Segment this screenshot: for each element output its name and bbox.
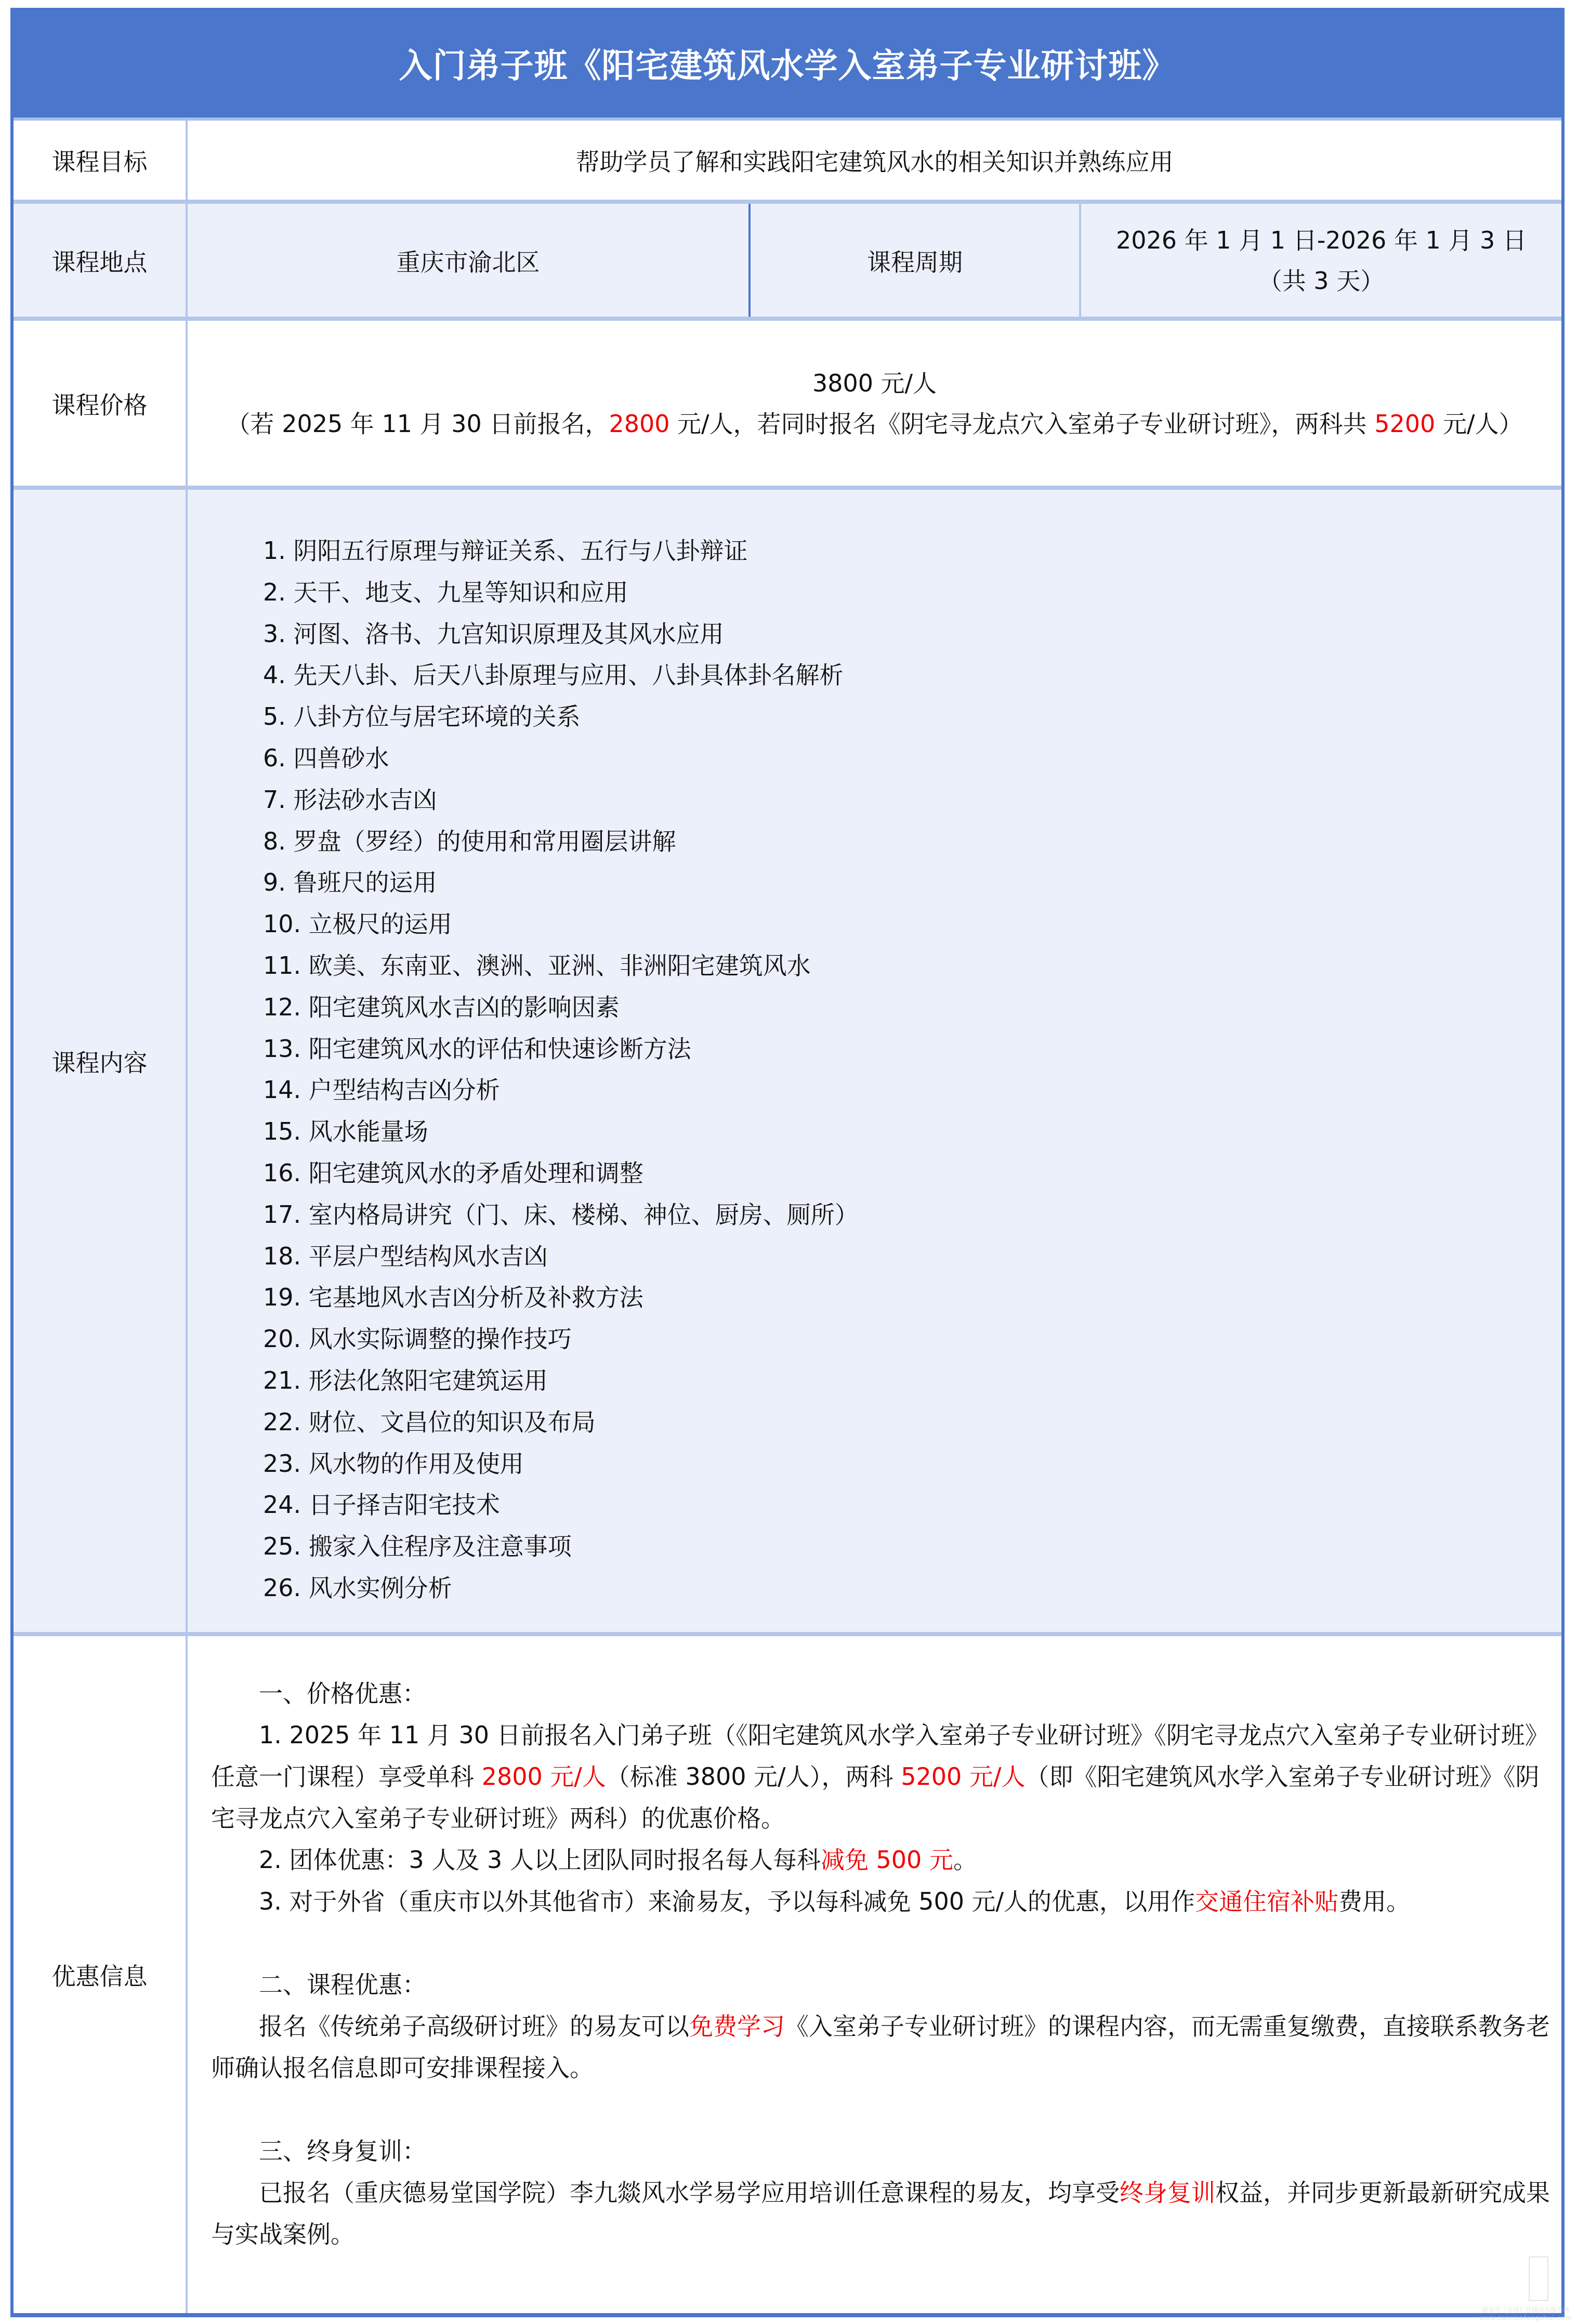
list-item: 25. 搬家入住程序及注意事项	[263, 1526, 859, 1568]
price-note-text: 元/人）	[1435, 410, 1522, 438]
list-item: 5. 八卦方位与居宅环境的关系	[263, 696, 859, 738]
list-item: 23. 风水物的作用及使用	[263, 1443, 859, 1485]
list-item: 3. 河图、洛书、九宫知识原理及其风水应用	[263, 613, 859, 655]
promo-highlight: 5200 元/人	[901, 1762, 1025, 1791]
list-item: 17. 室内格局讲究（门、床、楼梯、神位、厨房、厕所）	[263, 1194, 859, 1236]
page-title-text: 入门弟子班《阳宅建筑风水学入室弟子专业研讨班》	[399, 39, 1176, 87]
row-content: 课程内容 1. 阴阳五行原理与辩证关系、五行与八卦辩证 2. 天干、地支、九星等…	[14, 490, 1561, 1636]
promo-text-run: （标准 3800 元/人），两科	[606, 1762, 901, 1791]
price-note-text: （若 2025 年 11 月 30 日前报名，	[227, 410, 609, 438]
seal-logo-icon	[1529, 2256, 1548, 2301]
list-item: 16. 阳宅建筑风水的矛盾处理和调整	[263, 1153, 859, 1194]
course-info-table: 入门弟子班《阳宅建筑风水学入室弟子专业研讨班》 课程目标 帮助学员了解和实践阳宅…	[10, 8, 1565, 2317]
promo-item-early: 1. 2025 年 11 月 30 日前报名入门弟子班（《阳宅建筑风水学入室弟子…	[211, 1714, 1550, 1839]
list-item: 20. 风水实际调整的操作技巧	[263, 1318, 859, 1360]
list-item: 26. 风水实例分析	[263, 1568, 859, 1609]
price-value: 3800 元/人 （若 2025 年 11 月 30 日前报名，2800 元/人…	[188, 321, 1561, 486]
promo-text-run: 3. 对于外省（重庆市以外其他省市）来渝易友，予以每科减免 500 元/人的优惠…	[259, 1887, 1195, 1915]
promo-value: 一、价格优惠： 1. 2025 年 11 月 30 日前报名入门弟子班（《阳宅建…	[188, 1636, 1561, 2313]
list-item: 12. 阳宅建筑风水吉凶的影响因素	[263, 987, 859, 1028]
content-list: 1. 阴阳五行原理与辩证关系、五行与八卦辩证 2. 天干、地支、九星等知识和应用…	[263, 530, 859, 1609]
list-item: 19. 宅基地风水吉凶分析及补救方法	[263, 1277, 859, 1318]
list-item: 18. 平层户型结构风水吉凶	[263, 1236, 859, 1277]
row-location: 课程地点 重庆市渝北区 课程周期 2026 年 1 月 1 日-2026 年 1…	[14, 204, 1561, 321]
list-item: 15. 风水能量场	[263, 1111, 859, 1153]
promo-text: 一、价格优惠： 1. 2025 年 11 月 30 日前报名入门弟子班（《阳宅建…	[211, 1673, 1550, 2255]
promo-highlight: 免费学习	[689, 2012, 785, 2040]
promo-highlight: 减免 500 元	[821, 1846, 953, 1874]
price-early-single: 2800	[609, 410, 669, 438]
price-early-note: （若 2025 年 11 月 30 日前报名，2800 元/人，若同时报名《阴宅…	[227, 405, 1523, 442]
list-item: 2. 天干、地支、九星等知识和应用	[263, 572, 859, 613]
promo-highlight: 2800 元/人	[482, 1762, 606, 1791]
promo-highlight: 交通住宿补贴	[1195, 1887, 1338, 1915]
list-item: 1. 阴阳五行原理与辩证关系、五行与八卦辩证	[263, 530, 859, 572]
promo-text-run: 。	[953, 1846, 977, 1874]
promo-highlight: 终身复训	[1120, 2178, 1215, 2207]
list-item: 11. 欧美、东南亚、澳洲、亚洲、非洲阳宅建筑风水	[263, 945, 859, 987]
period-duration: （共 3 天）	[1258, 260, 1385, 301]
promo-heading-retrain: 三、终身复训：	[211, 2130, 1550, 2172]
watermark-site-name: 德易堂（全球）在线风水服务网	[1476, 2305, 1575, 2314]
page-title: 入门弟子班《阳宅建筑风水学入室弟子专业研讨班》	[14, 8, 1561, 121]
list-item: 14. 户型结构吉凶分析	[263, 1069, 859, 1111]
watermark: 德易堂（全球）在线风水服务网 www.zaixianfengshui.com	[1502, 2184, 1575, 2303]
promo-text-run: 已报名（重庆德易堂国学院）李九燚风水学易学应用培训任意课程的易友，均享受	[259, 2178, 1120, 2207]
list-item: 8. 罗盘（罗经）的使用和常用圈层讲解	[263, 821, 859, 863]
location-label: 课程地点	[14, 204, 188, 317]
price-label: 课程价格	[14, 321, 188, 486]
period-label: 课程周期	[751, 204, 1081, 317]
price-note-text: 元/人，若同时报名《阴宅寻龙点穴入室弟子专业研讨班》，两科共	[670, 410, 1375, 438]
list-item: 21. 形法化煞阳宅建筑运用	[263, 1360, 859, 1402]
list-item: 6. 四兽砂水	[263, 738, 859, 779]
promo-text-run: 报名《传统弟子高级研讨班》的易友可以	[259, 2012, 689, 2040]
period-value: 2026 年 1 月 1 日-2026 年 1 月 3 日 （共 3 天）	[1081, 204, 1561, 317]
list-item: 24. 日子择吉阳宅技术	[263, 1484, 859, 1526]
row-promo: 优惠信息 一、价格优惠： 1. 2025 年 11 月 30 日前报名入门弟子班…	[14, 1636, 1561, 2317]
promo-item-outprovince: 3. 对于外省（重庆市以外其他省市）来渝易友，予以每科减免 500 元/人的优惠…	[211, 1881, 1550, 1922]
list-item: 10. 立极尺的运用	[263, 904, 859, 945]
period-dates: 2026 年 1 月 1 日-2026 年 1 月 3 日	[1116, 220, 1527, 260]
promo-label: 优惠信息	[14, 1636, 188, 2313]
list-item: 4. 先天八卦、后天八卦原理与应用、八卦具体卦名解析	[263, 655, 859, 696]
row-price: 课程价格 3800 元/人 （若 2025 年 11 月 30 日前报名，280…	[14, 321, 1561, 490]
promo-heading-course: 二、课程优惠：	[211, 1964, 1550, 2005]
promo-text-run: 2. 团体优惠：3 人及 3 人以上团队同时报名每人每科	[259, 1846, 821, 1874]
price-standard: 3800 元/人	[812, 364, 937, 402]
list-item: 9. 鲁班尺的运用	[263, 862, 859, 904]
list-item: 22. 财位、文昌位的知识及布局	[263, 1402, 859, 1443]
list-item: 13. 阳宅建筑风水的评估和快速诊断方法	[263, 1028, 859, 1070]
content-label: 课程内容	[14, 490, 188, 1632]
goal-value: 帮助学员了解和实践阳宅建筑风水的相关知识并熟练应用	[188, 121, 1561, 200]
watermark-url: www.zaixianfengshui.com	[1476, 2314, 1575, 2321]
location-value: 重庆市渝北区	[188, 204, 751, 317]
price-early-combo: 5200	[1374, 410, 1435, 438]
promo-text-run: 费用。	[1338, 1887, 1410, 1915]
list-item: 7. 形法砂水吉凶	[263, 779, 859, 821]
promo-item-group: 2. 团体优惠：3 人及 3 人以上团队同时报名每人每科减免 500 元。	[211, 1839, 1550, 1881]
spacer	[211, 2088, 1550, 2130]
promo-course-body: 报名《传统弟子高级研讨班》的易友可以免费学习《入室弟子专业研讨班》的课程内容，而…	[211, 2005, 1550, 2088]
promo-retrain-body: 已报名（重庆德易堂国学院）李九燚风水学易学应用培训任意课程的易友，均享受终身复训…	[211, 2172, 1550, 2255]
spacer	[211, 1922, 1550, 1964]
row-goal: 课程目标 帮助学员了解和实践阳宅建筑风水的相关知识并熟练应用	[14, 121, 1561, 204]
promo-heading-price: 一、价格优惠：	[211, 1673, 1550, 1714]
content-value: 1. 阴阳五行原理与辩证关系、五行与八卦辩证 2. 天干、地支、九星等知识和应用…	[188, 490, 1561, 1632]
goal-label: 课程目标	[14, 121, 188, 200]
